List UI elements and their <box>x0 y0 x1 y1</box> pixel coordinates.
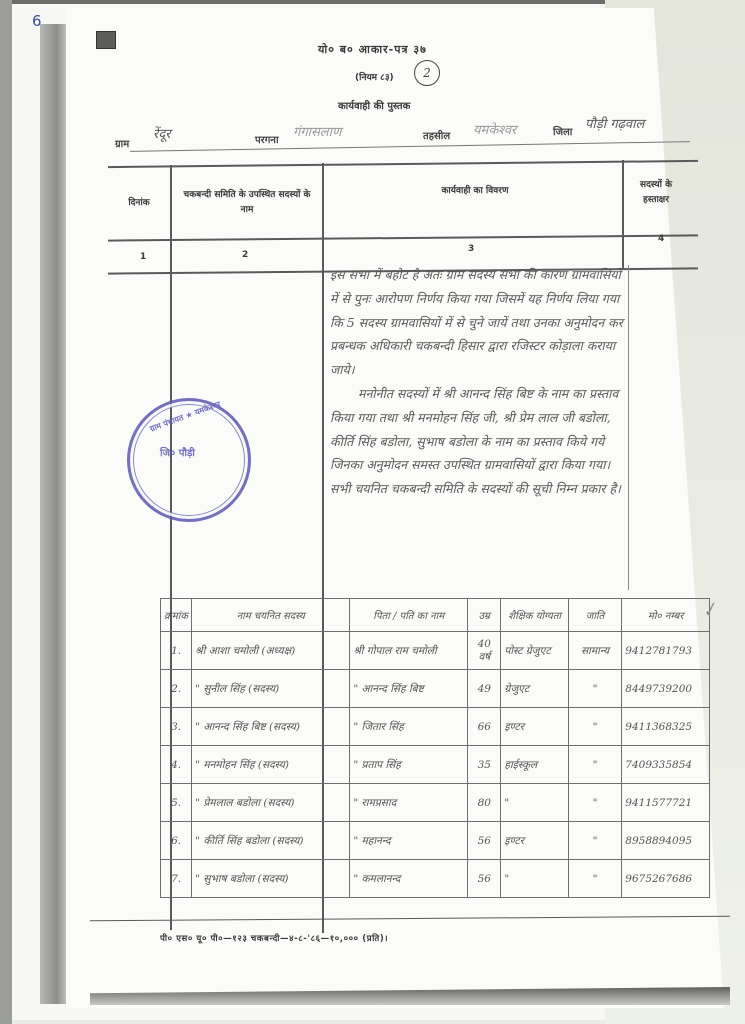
col-number-4: 4 <box>658 234 664 244</box>
member-age: 56 <box>468 822 501 860</box>
district-label: जिला <box>553 124 572 138</box>
member-age: 66 <box>468 708 501 746</box>
member-name: " कीर्ति सिंह बडोला (सदस्य) <box>192 822 350 860</box>
header-age: उम्र <box>468 599 501 632</box>
header-education: शैक्षिक योग्यता <box>501 599 568 632</box>
member-father: " आनन्द सिंह बिष्ट <box>350 670 468 708</box>
member-caste: " <box>568 822 621 860</box>
member-mobile: 9412781793 <box>622 632 710 670</box>
member-row: 2." सुनील सिंह (सदस्य)" आनन्द सिंह बिष्ट… <box>161 670 710 708</box>
header-mobile: मो० नम्बर <box>622 599 710 632</box>
scan-edge-left <box>0 0 12 1024</box>
member-name: " मनमोहन सिंह (सदस्य) <box>192 746 350 784</box>
member-mobile: 7409335854 <box>622 746 710 784</box>
col-number-1: 1 <box>140 252 146 262</box>
corner-mark <box>96 31 116 49</box>
village-value: रेंदूर <box>153 124 171 142</box>
pargana-label: परगना <box>255 132 279 146</box>
member-father: " जितार सिंह <box>350 708 468 746</box>
stamp-ring-text: ग्राम पंचायत ★ यमकेश्वर <box>148 399 222 435</box>
circled-mark: 2 <box>414 60 440 86</box>
member-name: " सुनील सिंह (सदस्य) <box>192 670 350 708</box>
col-number-3: 3 <box>468 244 474 254</box>
village-label: ग्राम <box>115 136 129 150</box>
member-row: 4." मनमोहन सिंह (सदस्य)" प्रताप सिंह35हा… <box>161 746 710 784</box>
member-father: " प्रताप सिंह <box>350 746 468 784</box>
binding-shadow <box>40 24 68 1004</box>
col-header-proceedings: कार्यवाही का विवरण <box>330 184 620 199</box>
member-father: " कमलानन्द <box>350 860 468 898</box>
member-mobile: 9411368325 <box>622 708 710 746</box>
tehsil-label: तहसील <box>423 128 450 142</box>
member-education: पोस्ट ग्रेजुएट <box>501 632 568 670</box>
member-education: इण्टर <box>501 708 568 746</box>
member-caste: " <box>568 670 621 708</box>
header-sno: क्रमांक <box>161 599 192 632</box>
member-caste: सामान्य <box>568 632 621 670</box>
member-row: 7." सुभाष बडोला (सदस्य)" कमलानन्द56""967… <box>161 860 710 898</box>
proceedings-paragraph: मनोनीत सदस्यों में श्री आनन्द सिंह बिष्ट… <box>330 382 630 501</box>
member-name: " प्रेमलाल बडोला (सदस्य) <box>192 784 350 822</box>
proceedings-text: इस सभा में बहोट है अतः ग्राम सदस्य सभा क… <box>330 263 630 501</box>
member-name: " आनन्द सिंह बिष्ट (सदस्य) <box>192 708 350 746</box>
member-mobile: 8449739200 <box>622 670 710 708</box>
member-mobile: 8958894095 <box>622 822 710 860</box>
member-age: 40 वर्ष <box>468 632 501 670</box>
header-father: पिता / पति का नाम <box>350 599 468 632</box>
member-caste: " <box>568 746 621 784</box>
col-divider-3 <box>622 160 624 270</box>
member-father: " रामप्रसाद <box>350 784 468 822</box>
member-age: 35 <box>468 746 501 784</box>
header-caste: जाति <box>568 599 621 632</box>
tehsil-value: यमकेश्वर <box>473 120 516 138</box>
rule-reference: (नियम ८३) <box>355 70 394 83</box>
official-stamp: ग्राम पंचायत ★ यमकेश्वर जि० पौड़ी <box>127 398 251 522</box>
pargana-value: गंगासलाण <box>293 122 341 140</box>
member-caste: " <box>568 860 621 898</box>
col-header-members: चकबन्दी समिति के उपस्थित सदस्यों के नाम <box>176 188 318 218</box>
member-sno: 3. <box>161 708 192 746</box>
member-row: 3." आनन्द सिंह बिष्ट (सदस्य)" जितार सिंह… <box>161 708 710 746</box>
document-title: कार्यवाही की पुस्तक <box>338 98 410 112</box>
member-education: " <box>501 784 568 822</box>
member-sno: 7. <box>161 860 192 898</box>
header-name: नाम चयनित सदस्य <box>192 599 350 632</box>
proceedings-paragraph: इस सभा में बहोट है अतः ग्राम सदस्य सभा क… <box>330 263 630 382</box>
member-row: 6." कीर्ति सिंह बडोला (सदस्य)" महानन्द56… <box>161 822 710 860</box>
member-mobile: 9411577721 <box>622 784 710 822</box>
member-sno: 4. <box>161 746 192 784</box>
member-sno: 2. <box>161 670 192 708</box>
member-name: श्री आशा चमोली (अध्यक्ष) <box>192 632 350 670</box>
member-caste: " <box>568 708 621 746</box>
member-name: " सुभाष बडोला (सदस्य) <box>192 860 350 898</box>
member-age: 49 <box>468 670 501 708</box>
member-father: श्री गोपाल राम चमोली <box>350 632 468 670</box>
members-header-row: क्रमांक नाम चयनित सदस्य पिता / पति का ना… <box>161 599 710 632</box>
member-age: 80 <box>468 784 501 822</box>
member-sno: 1. <box>161 632 192 670</box>
member-education: " <box>501 860 568 898</box>
member-education: हाईस्कूल <box>501 746 568 784</box>
member-caste: " <box>568 784 621 822</box>
member-education: इण्टर <box>501 822 568 860</box>
col-header-signatures: सदस्यों के हस्ताक्षर <box>626 178 686 208</box>
member-row: 1.श्री आशा चमोली (अध्यक्ष)श्री गोपाल राम… <box>161 632 710 670</box>
location-row: ग्राम रेंदूर परगना गंगासलाण तहसील यमकेश्… <box>105 122 695 148</box>
member-age: 56 <box>468 860 501 898</box>
printer-footer: पी० एस० यू० पी०—१२३ चकबन्दी—४-८-'८६—१०,०… <box>160 933 388 944</box>
member-education: ग्रेजुएट <box>501 670 568 708</box>
member-sno: 6. <box>161 822 192 860</box>
col-number-2: 2 <box>242 250 248 260</box>
member-sno: 5. <box>161 784 192 822</box>
stamp-center-text: जि० पौड़ी <box>160 445 195 459</box>
members-table: क्रमांक नाम चयनित सदस्य पिता / पति का ना… <box>160 598 710 898</box>
district-value: पौड़ी गढ़वाल <box>585 114 644 132</box>
form-number: यो० ब० आकार-पत्र ३७ <box>318 42 427 57</box>
member-father: " महानन्द <box>350 822 468 860</box>
member-mobile: 9675267686 <box>622 860 710 898</box>
col-header-date: दिनांक <box>110 196 168 211</box>
member-row: 5." प्रेमलाल बडोला (सदस्य)" रामप्रसाद80"… <box>161 784 710 822</box>
